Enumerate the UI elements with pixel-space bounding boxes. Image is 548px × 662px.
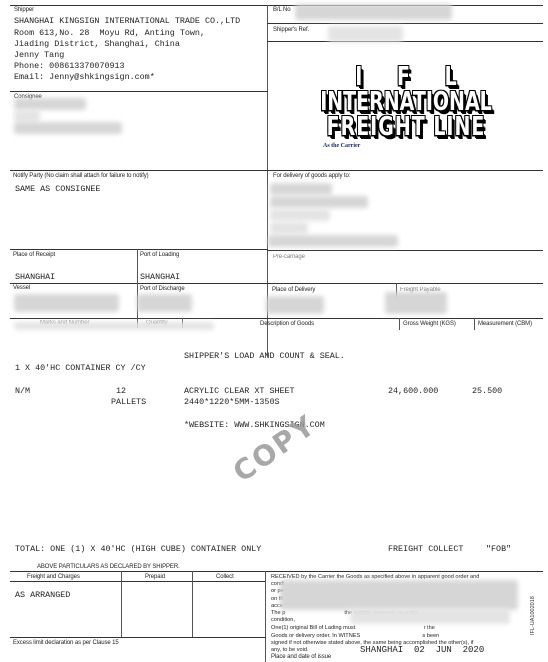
vessel-redacted — [14, 294, 119, 312]
delivery-agent-label: For delivery of goods apply to: — [273, 173, 350, 179]
consignee-redacted — [14, 110, 40, 122]
divider — [267, 23, 543, 24]
issue-place-date: SHANGHAI 02 JUN 2020 — [360, 645, 484, 656]
declared-note: ABOVE PARTICULARS AS DECLARED BY SHIPPER… — [37, 564, 180, 570]
bl-no-redacted — [295, 4, 452, 20]
measurement-header: Measurement (CBM) — [478, 321, 532, 327]
place-of-delivery-redacted — [266, 296, 324, 314]
notify-party-label: Notify Party (No claim shall attach for … — [13, 173, 149, 179]
prepaid-header: Prepaid — [145, 574, 165, 580]
place-of-receipt-label: Place of Receipt — [13, 252, 55, 258]
divider — [10, 91, 268, 92]
freight-charges-value: AS ARRANGED — [15, 590, 70, 601]
shipper-label: Shipper — [14, 7, 34, 13]
divider — [10, 637, 266, 638]
port-of-discharge-label: Port of Discharge — [140, 286, 185, 292]
bl-no-label: B/L No — [273, 7, 291, 13]
quantity-unit: PALLETS — [111, 397, 146, 408]
shipper-line: SHANGHAI KINGSIGN INTERNATIONAL TRADE CO… — [14, 16, 240, 27]
divider — [10, 571, 543, 572]
consignee-redacted — [14, 98, 86, 110]
divider — [10, 249, 268, 250]
terms-line: One(1) original Bill of Lading must r th… — [271, 625, 521, 632]
collect-header: Collect — [216, 574, 234, 580]
divider — [474, 318, 475, 330]
divider — [10, 581, 266, 582]
delivery-agent-redacted — [270, 183, 332, 195]
freight-payable-redacted — [385, 292, 447, 314]
description-line: 2440*1220*5MM-1350S — [184, 397, 280, 408]
delivery-agent-redacted — [270, 209, 330, 221]
as-the-carrier: As the Carrier — [323, 143, 360, 149]
divider — [265, 571, 266, 662]
shippers-ref-label: Shipper's Ref. — [273, 27, 309, 33]
terms-line: Goods or delivery order. In WITNES s bee… — [271, 633, 521, 640]
divider — [10, 283, 543, 284]
shipper-line: Email: Jenny@shkingsign.com* — [14, 72, 155, 83]
logo-freight-line: FREIGHT LINE — [268, 112, 544, 142]
load-note: SHIPPER'S LOAD AND COUNT & SEAL. — [184, 351, 345, 362]
port-of-loading-value: SHANGHAI — [140, 272, 180, 283]
shipper-line: Jiading District, Shanghai, China — [14, 39, 180, 50]
divider — [192, 571, 193, 637]
place-of-receipt-value: SHANGHAI — [15, 272, 55, 283]
description-header: Description of Goods — [260, 321, 314, 327]
incoterm: "FOB" — [486, 544, 511, 555]
top-border — [10, 5, 543, 6]
shipper-line: Room 613,No. 28 Moyu Rd, Anting Town, — [14, 28, 205, 39]
divider — [267, 250, 543, 251]
issue-label: Place and date of issue — [271, 654, 331, 660]
freight-terms: FREIGHT COLLECT — [388, 544, 463, 555]
delivery-agent-redacted — [270, 196, 368, 208]
shipper-line: Jenny Tang — [14, 50, 64, 61]
quantity-value: 12 — [116, 386, 126, 397]
vessel-label: Vessel — [13, 285, 30, 291]
divider — [137, 249, 138, 283]
measurement-value: 25.500 — [472, 386, 502, 397]
divider — [10, 318, 543, 319]
container-note: 1 X 40'HC CONTAINER CY /CY — [15, 363, 146, 374]
shipper-line: Phone: 008613370070913 — [14, 61, 125, 72]
pre-carriage-label: Pre-carriage — [273, 254, 305, 260]
shippers-ref-redacted — [328, 26, 403, 42]
delivery-agent-redacted — [270, 222, 308, 234]
divider — [399, 318, 400, 330]
port-of-discharge-redacted — [137, 294, 192, 312]
carrier-logo: I F L INTERNATIONAL FREIGHT LINE As the … — [268, 60, 544, 160]
total-line: TOTAL: ONE (1) X 40'HC (HIGH CUBE) CONTA… — [15, 544, 261, 555]
divider — [10, 170, 543, 171]
gross-weight-value: 24,600.000 — [388, 386, 438, 397]
excess-limit-label: Excess limit declaration as per Clause 1… — [13, 640, 119, 646]
delivery-agent-redacted — [268, 235, 398, 247]
gross-weight-header: Gross Weight (KGS) — [403, 321, 456, 327]
divider — [121, 571, 122, 637]
terms-redacted — [350, 608, 510, 624]
marks-value: N/M — [15, 386, 30, 397]
divider — [267, 41, 543, 42]
form-code: IFL-UA1002018 — [530, 596, 536, 635]
consignee-redacted — [14, 122, 122, 134]
terms-redacted — [280, 580, 518, 610]
header-redacted — [14, 322, 214, 330]
notify-party-value: SAME AS CONSIGNEE — [15, 184, 100, 195]
place-of-delivery-label: Place of Delivery — [272, 287, 315, 293]
port-of-loading-label: Port of Loading — [140, 252, 179, 258]
description-line: ACRYLIC CLEAR XT SHEET — [184, 386, 295, 397]
freight-charges-header: Freight and Charges — [27, 574, 80, 580]
